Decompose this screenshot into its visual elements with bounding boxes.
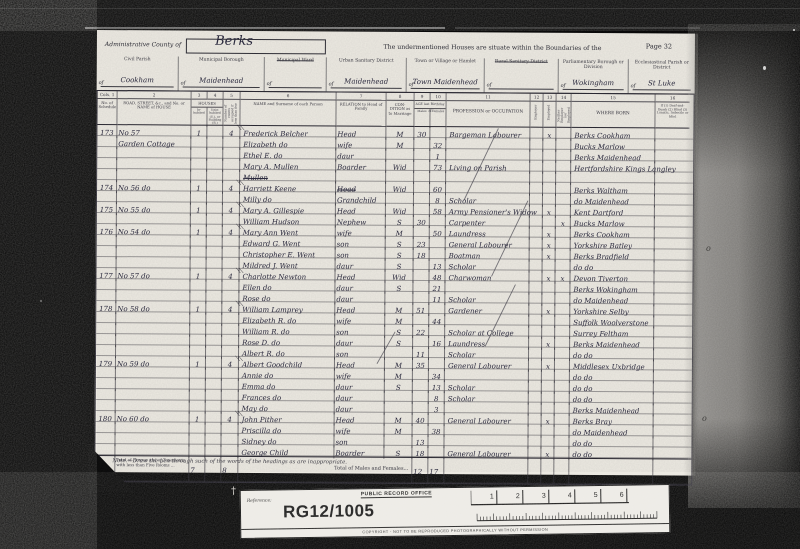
header-uninhabited: Unin-habited (U.), or Building (B.) [207,108,222,127]
header-road: ROAD, STREET, &c., and No. or NAME of HO… [117,99,191,125]
district-value: ofSt Luke [633,78,691,90]
district-label: Town or Village or Hamlet [407,59,484,65]
totals-empty [554,459,569,484]
column-headers-row: No. of Schedule ROAD, STREET, &c., and N… [97,99,693,129]
pen-mark-o-1: o [706,244,711,253]
column-number: 13 [544,94,557,102]
totals-empty [653,459,687,484]
admin-county-value: Berks [215,34,253,49]
district-value: ofMaidenhead [331,76,402,88]
svg-text:6: 6 [620,492,624,499]
column-number: 16 [656,94,690,102]
column-number: 9 [415,93,431,101]
film-scratch [455,27,700,29]
film-scratch [0,8,800,9]
header-houses-group: HOUSES In-habited Unin-habited (U.), or … [191,100,223,126]
header-schedule: No. of Schedule [97,99,117,125]
header-infirmity: If (1) Deaf-and-Dumb (2) Blind (3) Lunat… [655,102,689,128]
admin-county-label: Administrative County of [105,35,181,48]
header-condition: CON-DITION as to Marriage [386,101,414,127]
district-value: ofCookham [101,75,174,87]
svg-text:4: 4 [568,492,572,499]
district-cell: Rural Sanitary Districtof [485,58,559,92]
of-prefix: of [631,83,636,89]
ruler-scale: 123456 [471,487,661,527]
header-neither: Neither Employer nor Employed [556,102,571,128]
header-employed: Employed [543,102,556,128]
district-label: Ecclesiastical Parish or District [629,60,695,70]
district-value: ofTown Maidenhead [411,77,480,89]
district-label: Parliamentary Borough or Division [559,60,628,71]
film-scratch [85,27,445,29]
of-prefix: of [181,81,186,87]
undermentioned-text: The undermentioned Houses are situate wi… [326,36,629,52]
county-header-row: Administrative County of Berks The under… [105,35,689,59]
reference-number: RG12/1005 [283,501,375,522]
header-employer: Employer [530,102,543,128]
district-cell: Municipal BoroughofMaidenhead [179,57,265,92]
header-houses: HOUSES [192,100,223,108]
handwritten-entry: x [545,451,549,459]
handwritten-entry: do do [572,451,592,459]
header-age-group: AGE last Birthday of Males Females [414,101,446,127]
district-handwritten-value: Town Maidenhead [413,78,478,86]
film-speck [763,66,766,70]
header-where-born: WHERE BORN [571,102,655,129]
header-age: AGE last Birthday of [415,101,446,109]
district-cell: Municipal Wardof [265,57,327,91]
district-cell: Town or Village or HamletofTown Maidenhe… [407,58,485,92]
district-value: of [489,77,554,89]
pen-mark-o-2: o [702,414,707,423]
of-prefix: of [99,80,104,86]
of-prefix: of [409,82,414,88]
district-boxes: Civil ParishofCookhamMunicipal Boroughof… [97,56,695,95]
film-speck [40,300,42,302]
page-number: Page 32 [629,38,689,50]
column-number: Cols. 1 [98,91,118,99]
svg-text:3: 3 [542,493,546,500]
district-handwritten-value: Cookham [120,76,153,84]
scanned-census-image: o o Administrative County of Berks The u… [0,0,800,549]
header-females: Females [430,109,445,128]
district-handwritten-value: Maidenhead [199,77,243,85]
header-occupation: PROFESSION or OCCUPATION [446,101,530,128]
column-number: 8 [387,93,415,101]
totals-empty [569,459,653,485]
svg-text:1: 1 [490,493,494,500]
svg-text:5: 5 [594,492,598,499]
column-number: 12 [531,94,544,102]
svg-text:2: 2 [516,493,520,500]
header-name: NAME and Surname of each Person [240,100,336,127]
district-label: Urban Sanitary District [327,58,406,64]
band-fade-top [688,24,800,174]
scanner-backing-band [688,24,800,508]
district-label: Municipal Borough [179,58,264,64]
header-inhabited: In-habited [191,108,207,127]
district-value: ofMaidenhead [183,76,260,88]
census-rows: 173No 5714⟍⟍Frederick BelcherHeadM30Barg… [95,125,693,459]
reference-label: Reference: [247,499,272,504]
district-value: ofWokingham [563,78,624,90]
district-handwritten-value: Wokingham [572,79,614,87]
film-speck [793,29,795,31]
of-prefix: of [329,81,334,87]
district-label: Civil Parish [97,57,178,63]
totals-empty [541,459,554,484]
totals-empty [444,458,528,484]
header-relation: RELATION to Head of Family [336,100,386,126]
district-cell: Parliamentary Borough or DivisionofWokin… [559,59,629,93]
district-label: Municipal Ward [265,58,326,63]
column-number: 5 [224,92,241,100]
district-cell: Urban Sanitary DistrictofMaidenhead [327,57,407,91]
district-handwritten-value: Maidenhead [344,78,388,86]
admin-county-box: Berks [186,39,326,55]
census-page: Administrative County of Berks The under… [94,30,695,476]
of-prefix: of [487,82,492,88]
registration-cross-mark: † [231,486,236,497]
enumeration-table: Cols. 12345678910111213141516 No. of Sch… [94,90,694,486]
totals-empty [528,459,541,484]
pro-reference-stamp: PUBLIC RECORD OFFICE Reference: RG12/100… [240,484,671,539]
district-cell: Ecclesiastical Parish or DistrictofSt Lu… [629,59,695,93]
copyright-notice: COPYRIGHT - NOT TO BE REPRODUCED PHOTOGR… [241,523,669,538]
handwritten-entry: Boarder [335,449,364,457]
of-prefix: of [561,83,566,89]
handwritten-entry: S [395,450,400,458]
handwritten-entry: 18 [415,450,424,458]
column-number: 3 [192,92,208,100]
handwritten-entry: George Child [241,449,288,457]
total-females-value: 17 [428,458,444,483]
district-handwritten-value: St Luke [648,79,675,87]
column-number: 10 [431,93,447,101]
district-cell: Civil ParishofCookham [97,56,179,91]
district-value: of [269,76,322,88]
total-males-value: 12 [412,458,428,483]
column-number: 4 [208,92,224,100]
header-males: Males [414,109,430,128]
of-prefix: of [267,81,272,87]
column-number: 14 [557,94,572,102]
band-fade-bottom [688,418,800,508]
district-label: Rural Sanitary District [485,59,558,64]
public-record-office-label: PUBLIC RECORD OFFICE [361,490,432,498]
